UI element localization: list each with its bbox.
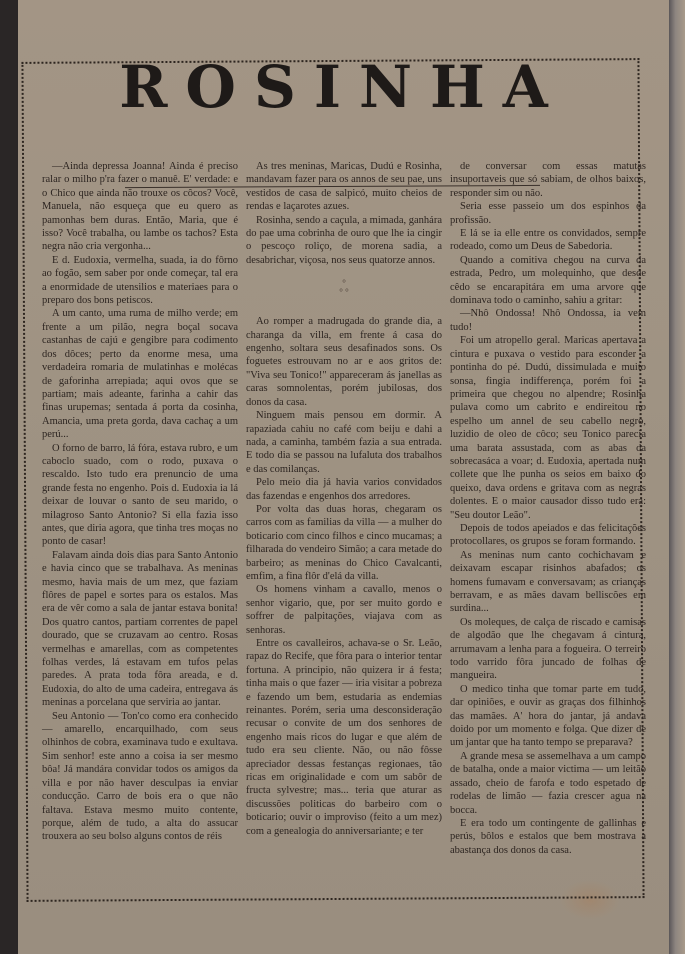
page-edge: [669, 0, 685, 954]
article-title: ROSINHA: [0, 58, 685, 116]
paragraph: —Nhô Ondossa! Nhô Ondossa, ia vem tudo!: [450, 307, 646, 334]
paragraph: As tres meninas, Maricas, Dudú e Rosinha…: [246, 160, 442, 214]
paragraph: E d. Eudoxia, vermelha, suada, ia do fôr…: [42, 254, 238, 308]
paragraph: E era todo um contingente de gallinhas e…: [450, 817, 646, 857]
paragraph: A um canto, uma ruma de milho verde; em …: [42, 307, 238, 441]
paragraph: de conversar com essas matutas insuporta…: [450, 160, 646, 200]
paragraph: Os homens vinham a cavallo, menos o senh…: [246, 583, 442, 637]
paragraph: O medico tinha que tomar parte em tudo, …: [450, 683, 646, 750]
paragraph: As meninas num canto cochichavam e deixa…: [450, 549, 646, 616]
paragraph: Os moleques, de calça de riscado e camis…: [450, 616, 646, 683]
paragraph: Foi um atropello geral. Maricas apertava…: [450, 334, 646, 522]
column-3: de conversar com essas matutas insuporta…: [450, 160, 646, 857]
paragraph: Ao romper a madrugada do grande dia, a c…: [246, 315, 442, 409]
paragraph: Pelo meio dia já havia varios convidados…: [246, 476, 442, 503]
paragraph: Seu Antonio — Ton'co como era conhecido …: [42, 710, 238, 844]
paragraph: Rosinha, sendo a caçula, a mimada, ganhá…: [246, 214, 442, 268]
column-2: As tres meninas, Maricas, Dudú e Rosinha…: [246, 160, 442, 838]
paragraph: —Ainda depressa Joanna! Ainda é preciso …: [42, 160, 238, 254]
column-1: —Ainda depressa Joanna! Ainda é preciso …: [42, 160, 238, 844]
paragraph: Por volta das duas horas, chegaram os ca…: [246, 503, 442, 583]
paragraph: E lá se ia elle entre os convidados, sem…: [450, 227, 646, 254]
paragraph: Falavam ainda dois dias para Santo Anton…: [42, 549, 238, 710]
paragraph: Ninguem mais pensou em dormir. A rapazia…: [246, 409, 442, 476]
paragraph: Seria esse passeio um dos espinhos da pr…: [450, 200, 646, 227]
section-ornament: °° °: [246, 279, 442, 297]
paragraph: Quando a comitiva chegou na curva da est…: [450, 254, 646, 308]
paragraph: A grande mesa se assemelhava a um campo …: [450, 750, 646, 817]
paragraph: Depois de todos apeiados e das felicitaç…: [450, 522, 646, 549]
paragraph: O forno de barro, lá fóra, estava rubro,…: [42, 442, 238, 549]
paragraph: Entre os cavalleiros, achava-se o Sr. Le…: [246, 637, 442, 838]
